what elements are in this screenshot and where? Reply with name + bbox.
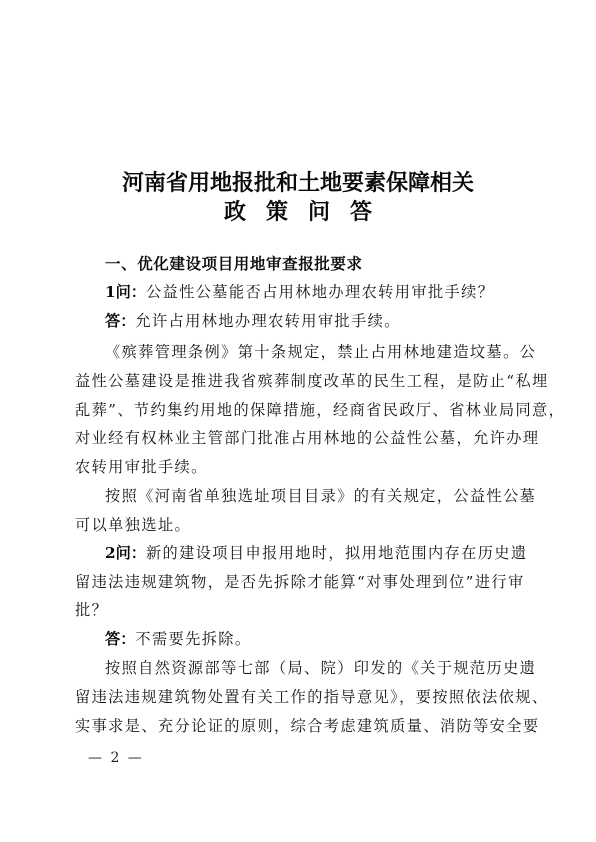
answer-2-text: 不需要先拆除。 [135, 630, 251, 648]
paragraph-3-line: 留违法违规建筑物处置有关工作的指导意见》，要按照依法依规、 [75, 687, 521, 707]
answer-2: 答：不需要先拆除。 [105, 629, 521, 649]
document-title-line1: 河南省用地报批和土地要素保障相关 [0, 169, 596, 197]
question-1-text: 公益性公墓能否占用林地办理农转用审批手续？ [146, 283, 494, 301]
answer-1-text: 允许占用林地办理农转用审批手续。 [135, 312, 400, 330]
paragraph-2-line: 按照《河南省单独选址项目目录》的有关规定，公益性公墓 [105, 486, 521, 506]
paragraph-3-line: 按照自然资源部等七部（局、院）印发的《关于规范历史遗 [105, 658, 521, 678]
paragraph-1-line: 对业经有权林业主管部门批准占用林地的公益性公墓，允许办理 [75, 428, 521, 448]
question-2-label: 2问： [105, 544, 146, 562]
page-number: — 2 — [88, 749, 144, 767]
question-1-label: 1问： [105, 283, 146, 301]
paragraph-2-line: 可以单独选址。 [75, 515, 521, 535]
section-heading: 一、优化建设项目用地审查报批要求 [105, 254, 521, 274]
paragraph-1-line: 乱葬”、节约集约用地的保障措施，经商省民政厅、省林业局同意， [75, 400, 521, 420]
paragraph-1-line: 农转用审批手续。 [75, 457, 521, 477]
paragraph-3-line: 实事求是、充分论证的原则，综合考虑建筑质量、消防等安全要 [75, 716, 521, 736]
question-2-line: 批？ [75, 600, 521, 620]
document-title-line2: 政策问答 [0, 198, 596, 226]
question-2-line: 留违法违规建筑物，是否先拆除才能算“对事处理到位”进行审 [75, 572, 521, 592]
document-page: 河南省用地报批和土地要素保障相关 政策问答 一、优化建设项目用地审查报批要求 1… [0, 0, 596, 842]
question-1: 1问：公益性公墓能否占用林地办理农转用审批手续？ [105, 282, 521, 302]
paragraph-1-line: 《殡葬管理条例》第十条规定，禁止占用林地建造坟墓。公 [105, 342, 521, 362]
paragraph-1-line: 益性公墓建设是推进我省殡葬制度改革的民生工程，是防止“私埋 [75, 371, 521, 391]
question-2: 2问：新的建设项目申报用地时，拟用地范围内存在历史遗 [105, 543, 521, 563]
question-2-text: 新的建设项目申报用地时，拟用地范围内存在历史遗 [146, 544, 528, 562]
answer-2-label: 答： [105, 630, 135, 648]
answer-1: 答：允许占用林地办理农转用审批手续。 [105, 311, 521, 331]
answer-1-label: 答： [105, 312, 135, 330]
